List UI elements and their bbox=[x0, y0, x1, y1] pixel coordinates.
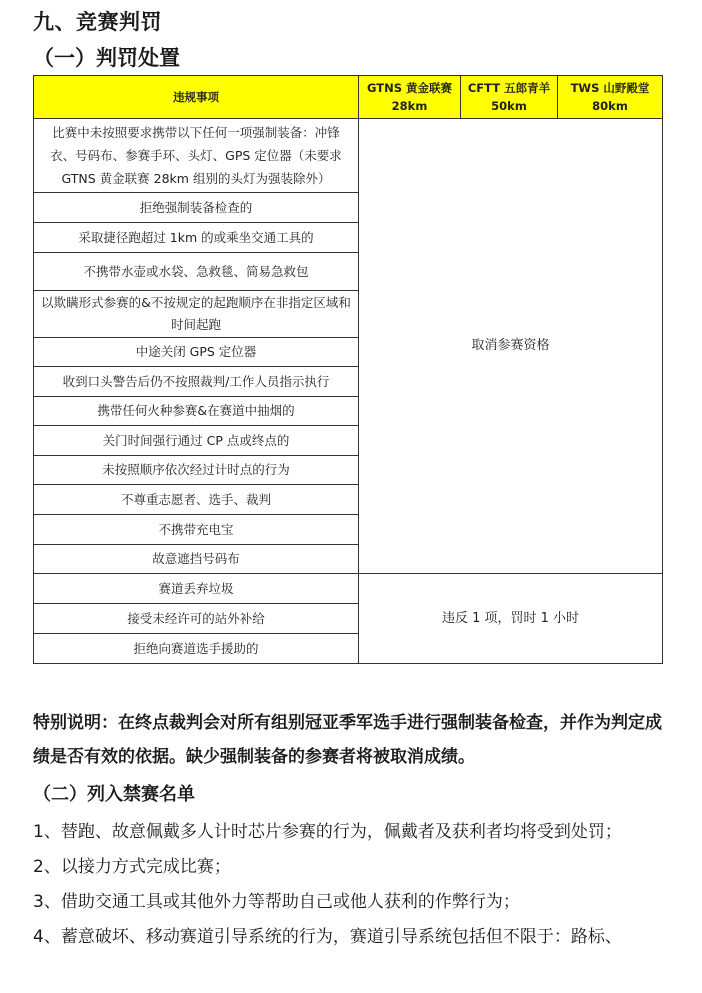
list-item: 2、以接力方式完成比赛； bbox=[33, 850, 693, 885]
penalty-table: 违规事项 GTNS 黄金联赛 28km CFTT 五郎青羊 50km TWS 山… bbox=[33, 75, 663, 664]
header-label: GTNS 黄金联赛 28km bbox=[367, 81, 452, 113]
section-title-penalties: （一）判罚处置 bbox=[33, 42, 180, 72]
ban-list: 1、替跑、故意佩戴多人计时芯片参赛的行为，佩戴者及获利者均将受到处罚； 2、以接… bbox=[33, 815, 693, 955]
violation-cell: 不尊重志愿者、选手、裁判 bbox=[34, 485, 359, 515]
table-row: 比赛中未按照要求携带以下任何一项强制装备：冲锋衣、号码布、参赛手环、头灯、GPS… bbox=[34, 119, 663, 193]
header-violation: 违规事项 bbox=[34, 76, 359, 119]
chapter-heading: 九、竞赛判罚 bbox=[33, 6, 162, 36]
violation-cell: 以欺瞒形式参赛的&不按规定的起跑顺序在非指定区域和时间起跑 bbox=[34, 291, 359, 338]
violation-cell: 赛道丢弃垃圾 bbox=[34, 574, 359, 604]
violation-cell: 收到口头警告后仍不按照裁判/工作人员指示执行 bbox=[34, 367, 359, 397]
violation-cell: 不携带充电宝 bbox=[34, 515, 359, 545]
header-label: 违规事项 bbox=[173, 90, 219, 104]
list-item: 1、替跑、故意佩戴多人计时芯片参赛的行为，佩戴者及获利者均将受到处罚； bbox=[33, 815, 693, 850]
violation-cell: 采取捷径跑超过 1km 的或乘坐交通工具的 bbox=[34, 223, 359, 253]
header-label: TWS 山野殿堂 80km bbox=[571, 81, 650, 113]
violation-cell: 携带任何火种参赛&在赛道中抽烟的 bbox=[34, 397, 359, 426]
table-row: 赛道丢弃垃圾 违反 1 项，罚时 1 小时 bbox=[34, 574, 663, 604]
violation-cell: 未按照顺序依次经过计时点的行为 bbox=[34, 456, 359, 485]
list-item: 3、借助交通工具或其他外力等帮助自己或他人获利的作弊行为； bbox=[33, 885, 693, 920]
violation-cell: 关门时间强行通过 CP 点或终点的 bbox=[34, 426, 359, 456]
violation-cell: 不携带水壶或水袋、急救毯、简易急救包 bbox=[34, 253, 359, 291]
violation-cell: 接受未经许可的站外补给 bbox=[34, 604, 359, 634]
violation-cell: 拒绝向赛道选手援助的 bbox=[34, 634, 359, 664]
violation-cell: 中途关闭 GPS 定位器 bbox=[34, 338, 359, 367]
section-title-ban-list: （二）列入禁赛名单 bbox=[33, 780, 195, 806]
header-gtns: GTNS 黄金联赛 28km bbox=[359, 76, 461, 119]
violation-cell: 比赛中未按照要求携带以下任何一项强制装备：冲锋衣、号码布、参赛手环、头灯、GPS… bbox=[34, 119, 359, 193]
list-item: 4、蓄意破坏、移动赛道引导系统的行为，赛道引导系统包括但不限于：路标、 bbox=[33, 920, 693, 955]
header-cftt: CFTT 五郎青羊 50km bbox=[461, 76, 558, 119]
header-tws: TWS 山野殿堂 80km bbox=[558, 76, 663, 119]
violation-cell: 拒绝强制装备检查的 bbox=[34, 193, 359, 223]
penalty-time: 违反 1 项，罚时 1 小时 bbox=[359, 574, 663, 664]
penalty-disqualify: 取消参赛资格 bbox=[359, 119, 663, 574]
special-note: 特别说明：在终点裁判会对所有组别冠亚季军选手进行强制装备检查，并作为判定成绩是否… bbox=[33, 706, 673, 774]
header-label: CFTT 五郎青羊 50km bbox=[468, 81, 550, 113]
table-header-row: 违规事项 GTNS 黄金联赛 28km CFTT 五郎青羊 50km TWS 山… bbox=[34, 76, 663, 119]
violation-cell: 故意遮挡号码布 bbox=[34, 545, 359, 574]
